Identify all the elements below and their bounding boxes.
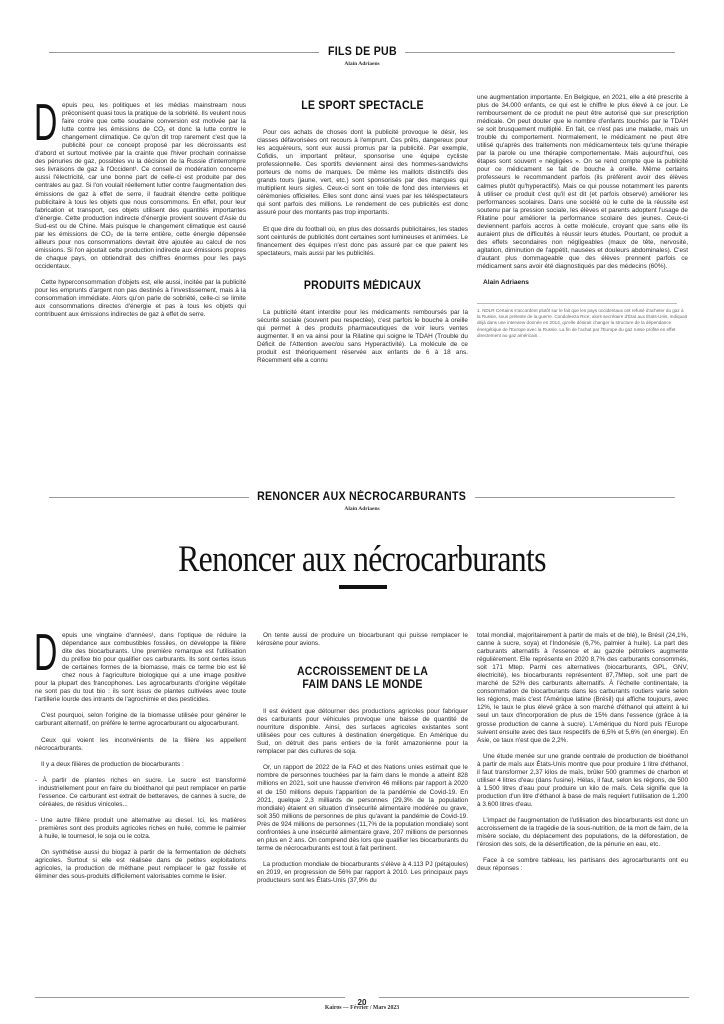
- paragraph: On tente aussi de produire un biocarbura…: [257, 632, 468, 648]
- article2-column-2: On tente aussi de produire un biocarbura…: [257, 632, 468, 893]
- article2-column-3: total mondial, majoritairement à partir …: [477, 632, 688, 881]
- header-rule-right: [405, 52, 675, 53]
- header-rule-right: [475, 497, 675, 498]
- paragraph: total mondial, majoritairement à partir …: [477, 632, 688, 745]
- article1-column-2: LE SPORT SPECTACLE Pour ces achats de ch…: [257, 90, 468, 373]
- paragraph: La production mondiale de biocarburants …: [257, 861, 468, 885]
- paragraph: Cette hyperconsommation d'objets est, el…: [35, 279, 246, 319]
- dropcap: D: [34, 103, 49, 143]
- footnote-divider: [477, 303, 677, 304]
- paragraph: epuis une vingtaine d'années¹, dans l'op…: [35, 632, 246, 704]
- article1-column-3: une augmentation importante. En Belgique…: [477, 94, 688, 339]
- paragraph: C'est pourquoi, selon l'origine de la bi…: [35, 712, 246, 728]
- subheading-produits-medicaux: PRODUITS MÉDICAUX: [265, 280, 459, 293]
- dropcap: D: [34, 633, 49, 673]
- section-header-necrocarburants: RENONCER AUX NÉCROCARBURANTS Alain Adria…: [35, 487, 689, 512]
- subheading-faim-dans-le-monde: ACCROISSEMENT DE LA FAIM DANS LE MONDE: [265, 666, 459, 692]
- paragraph: Et que dire du football où, en plus des …: [257, 226, 468, 258]
- header-rule-left: [49, 52, 319, 53]
- article2-column-1: D epuis une vingtaine d'années¹, dans l'…: [35, 632, 246, 889]
- section-header-fils-de-pub: FILS DE PUB Alain Adriaens: [35, 42, 689, 67]
- paragraph: epuis peu, les politiques et les médias …: [35, 102, 246, 271]
- subheading-sport-spectacle: LE SPORT SPECTACLE: [265, 100, 459, 113]
- list-paragraph: - À partir de plantes riches en sucre. L…: [35, 777, 246, 809]
- paragraph: Une étude menée sur une grande centrale …: [477, 753, 688, 809]
- paragraph: une augmentation importante. En Belgique…: [477, 94, 688, 271]
- article1-column-1: D epuis peu, les politiques et les média…: [35, 102, 246, 327]
- section-author: Alain Adriaens: [35, 506, 689, 512]
- paragraph: Or, un rapport de 2022 de la FAO et des …: [257, 764, 468, 853]
- paragraph: On synthétise aussi du biogaz à partir d…: [35, 849, 246, 881]
- footnote: 1. NDLR Certains s'accordent plutôt sur …: [477, 308, 688, 339]
- title-underline-bar: [339, 585, 387, 589]
- paragraph: Pour ces achats de choses dont la public…: [257, 129, 468, 218]
- paragraph: Ceux qui voient les inconvénients de la …: [35, 737, 246, 753]
- section-title: FILS DE PUB: [322, 46, 402, 58]
- paragraph: Face à ce sombre tableau, les partisans …: [477, 857, 688, 873]
- paragraph: L'impact de l'augmentation de l'utilisat…: [477, 817, 688, 849]
- publication-info: Kairos — Février / Mars 2023: [0, 1005, 724, 1011]
- paragraph: Il est évident que détourner des product…: [257, 708, 468, 756]
- author-signature: Alain Adriaens: [483, 279, 688, 287]
- paragraph: La publicité étant interdite pour les mé…: [257, 309, 468, 365]
- list-paragraph: - Une autre filière produit une alternat…: [35, 817, 246, 841]
- section-title: RENONCER AUX NÉCROCARBURANTS: [252, 491, 472, 503]
- section-author: Alain Adriaens: [35, 61, 689, 67]
- paragraph: Il y a deux filières de production de bi…: [35, 761, 246, 769]
- header-rule-left: [49, 497, 249, 498]
- article-title: Renoncer aux nécrocarburants: [51, 538, 674, 581]
